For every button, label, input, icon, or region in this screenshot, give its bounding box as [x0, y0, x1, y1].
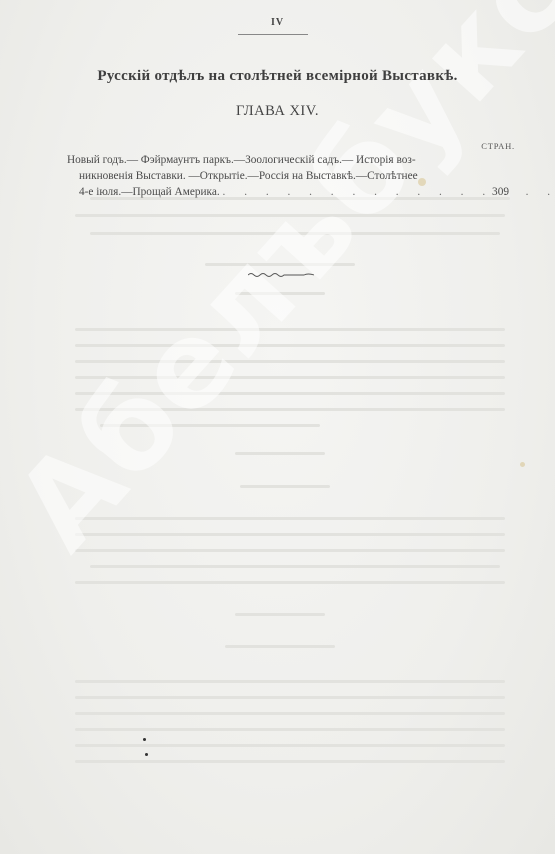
- ink-speck: [145, 753, 148, 756]
- ink-speck: [143, 738, 146, 741]
- toc-line: никновенія Выставки. —Открытіе.—Россія н…: [67, 168, 513, 184]
- foxing-stain: [418, 178, 426, 186]
- toc-line: Новый годъ.— Фэйрмаунтъ паркъ.—Зоологиче…: [67, 152, 513, 168]
- toc-line-text: 4-е іюля.—Прощай Америка.: [79, 186, 220, 198]
- chapter-title: ГЛАВА XIV.: [0, 103, 555, 120]
- header-rule: [238, 34, 308, 35]
- page-number: IV: [0, 17, 555, 28]
- foxing-stain: [520, 462, 525, 467]
- toc-line-last: 4-е іюля.—Прощай Америка. . . . . . . . …: [67, 184, 513, 200]
- decorative-wavy-rule: [248, 272, 314, 278]
- toc-entry: Новый годъ.— Фэйрмаунтъ паркъ.—Зоологиче…: [67, 152, 513, 200]
- toc-page-number: 309: [492, 184, 509, 200]
- page-column-label: СТРАН.: [481, 141, 515, 151]
- section-title: Русскій отдѣлъ на столѣтней всемірной Вы…: [0, 68, 555, 85]
